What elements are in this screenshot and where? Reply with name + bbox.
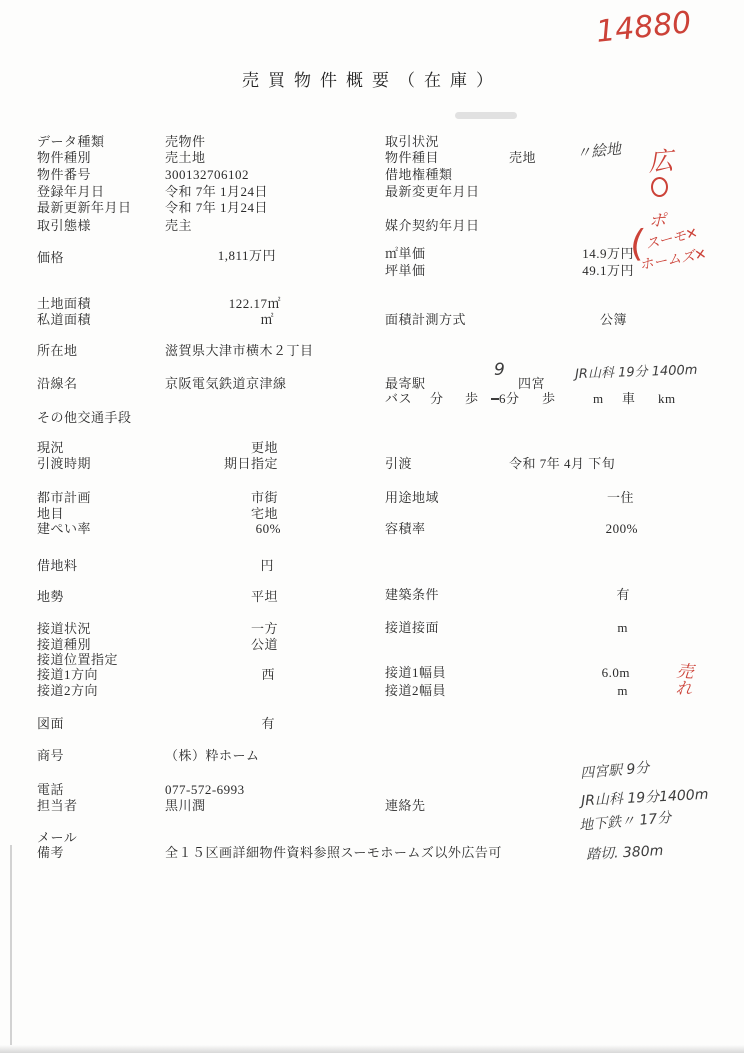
field-label-coverage-ratio: 建ぺい率 [37,521,91,537]
field-value-handover: 令和 7年 4月 下旬 [509,456,615,472]
field-label-address: 所在地 [37,343,78,359]
field-label-transaction-type: 取引態様 [37,218,91,234]
field-value-land-area: 122.17㎡ [150,296,281,312]
field-label-land-category: 地目 [37,506,64,522]
handwritten-ad-ok-kanji: 広 [646,141,674,179]
handwritten-red-number: 14880 [594,5,693,50]
field-value-handover-timing: 期日指定 [147,456,278,472]
field-label-leasehold-type: 借地権種類 [385,167,453,183]
field-value-phone: 077-572-6993 [165,782,245,798]
field-value-road-frontage: m [496,620,628,636]
field-value-remarks: 全１５区画詳細物件資料参照スーモホームズ以外広告可 [165,845,502,861]
field-label-building-conditions: 建築条件 [385,587,439,603]
field-value-address: 滋賀県大津市横木２丁目 [165,343,314,359]
field-value-registration-date: 令和 7年 1月24日 [165,184,268,200]
field-value-land-category: 宅地 [147,506,278,522]
handwritten-memo-subway: 地下鉄〃 17分 [578,807,672,835]
field-label-city-planning: 都市計画 [37,490,91,506]
field-label-other-transport: その他交通手段 [37,410,132,426]
field-value-last-update-date: 令和 7年 1月24日 [165,200,268,216]
field-label-tsubo-unit-price: 坪単価 [385,263,426,279]
field-label-price: 価格 [37,250,64,266]
field-value-property-category: 売土地 [165,150,206,166]
scan-artifact-smudge [455,112,517,119]
field-value-contact-person: 黒川潤 [165,798,206,814]
transit-meters-unit: m [593,391,604,407]
field-value-terrain: 平坦 [147,589,278,605]
transit-minutes-unit: 分 [430,391,444,407]
field-label-area-measurement: 面積計測方式 [385,312,466,328]
field-label-contact-info: 連絡先 [385,798,426,814]
field-value-road-type: 公道 [147,637,278,653]
field-label-road-contact-state: 接道状況 [37,621,91,637]
field-value-coverage-ratio: 60% [150,521,281,537]
scanned-property-sheet: 売買物件概要（在庫） データ種類 物件種別 物件番号 登録年月日 最新更新年月日… [0,0,744,1053]
field-label-remarks: 備考 [37,845,64,861]
field-label-last-change-date: 最新変更年月日 [385,184,480,200]
field-label-nearest-station: 最寄駅 [385,376,426,392]
transit-km-unit: km [658,391,676,407]
strikethrough-mark [491,398,499,400]
field-label-sqm-unit-price: ㎡単価 [385,246,426,262]
field-value-property-item: 売地 [509,150,536,166]
handwritten-memo-distance: 踏切. 380m [586,840,664,864]
field-value-private-road-area: ㎡ [143,312,274,328]
field-value-current-state: 更地 [147,440,278,456]
handwritten-side-note: 売れ [669,661,696,697]
field-value-building-conditions: 有 [498,587,630,603]
field-value-road2-width: m [496,683,628,699]
handwritten-property-item-note: 〃絵地 [575,138,622,164]
field-label-handover: 引渡 [385,456,412,472]
field-label-property-number: 物件番号 [37,167,91,183]
field-value-road1-width: 6.0m [498,665,630,681]
field-label-email: メール [37,830,77,846]
field-label-transaction-status: 取引状況 [385,134,439,150]
handwritten-portal-note: ポ [649,206,666,231]
field-label-terrain: 地勢 [37,589,64,605]
field-value-transaction-type: 売主 [165,218,192,234]
field-value-road1-direction: 西 [144,667,275,683]
field-label-road-position-designation: 接道位置指定 [37,652,118,668]
field-label-road1-direction: 接道1方向 [37,667,98,683]
transit-car-label: 車 [622,391,636,407]
field-value-road-contact-state: 一方 [147,621,278,637]
field-label-land-rent: 借地料 [37,558,78,574]
transit-walk-label-1: 歩 [465,391,479,407]
transit-walk-minutes: 6分 [499,391,520,407]
handwritten-circle-mark [651,177,668,197]
field-value-price: 1,811万円 [145,248,276,264]
field-value-rail-line: 京阪電気鉄道京津線 [165,376,287,392]
field-label-current-state: 現況 [37,440,64,456]
field-label-road1-width: 接道1幅員 [385,665,446,681]
field-value-company-name: （株）粋ホーム [165,748,260,764]
field-label-registration-date: 登録年月日 [37,184,105,200]
field-label-land-area: 土地面積 [37,296,91,312]
scan-artifact-left-edge [10,845,12,1045]
handwritten-walk-correction: 9 [494,360,505,380]
field-label-handover-timing: 引渡時期 [37,456,91,472]
field-value-data-type: 売物件 [165,134,206,150]
field-label-property-category: 物件種別 [37,150,91,166]
field-value-nearest-station: 四宮 [518,376,545,392]
field-label-drawing: 図面 [37,716,64,732]
handwritten-jr-note: JR山科 19分 1400m [575,359,698,382]
field-label-contact-person: 担当者 [37,798,78,814]
handwritten-memo-jr: JR山科 19分1400m [581,784,709,811]
field-value-area-measurement: 公簿 [495,312,627,328]
field-label-floor-area-ratio: 容積率 [385,521,426,537]
field-label-data-type: データ種類 [37,134,105,150]
transit-bus-label: バス [385,391,412,407]
field-label-road2-width: 接道2幅員 [385,683,446,699]
field-label-rail-line: 沿線名 [37,376,78,392]
field-value-property-number: 300132706102 [165,167,249,183]
field-label-brokerage-contract-date: 媒介契約年月日 [385,218,480,234]
scan-artifact-bottom-shadow [0,1045,744,1053]
field-label-road-frontage: 接道接面 [385,620,439,636]
field-value-city-planning: 市街 [147,490,278,506]
field-label-use-district: 用途地域 [385,490,439,506]
handwritten-memo-shinomiya: 四宮駅 9分 [579,757,650,783]
field-label-property-item: 物件種目 [385,150,439,166]
page-title: 売買物件概要（在庫） [0,70,744,91]
field-label-last-update-date: 最新更新年月日 [37,200,132,216]
field-label-phone: 電話 [37,782,64,798]
field-value-use-district: 一住 [502,490,634,506]
field-label-road-type: 接道種別 [37,637,91,653]
field-value-drawing: 有 [144,716,275,732]
field-value-tsubo-unit-price: 49.1万円 [502,263,634,279]
field-label-private-road-area: 私道面積 [37,312,91,328]
transit-walk-label-2: 歩 [542,391,556,407]
field-label-road2-direction: 接道2方向 [37,683,98,699]
field-value-sqm-unit-price: 14.9万円 [502,246,634,262]
field-value-floor-area-ratio: 200% [506,521,638,537]
field-label-company-name: 商号 [37,748,64,764]
field-value-land-rent: 円 [143,558,274,574]
